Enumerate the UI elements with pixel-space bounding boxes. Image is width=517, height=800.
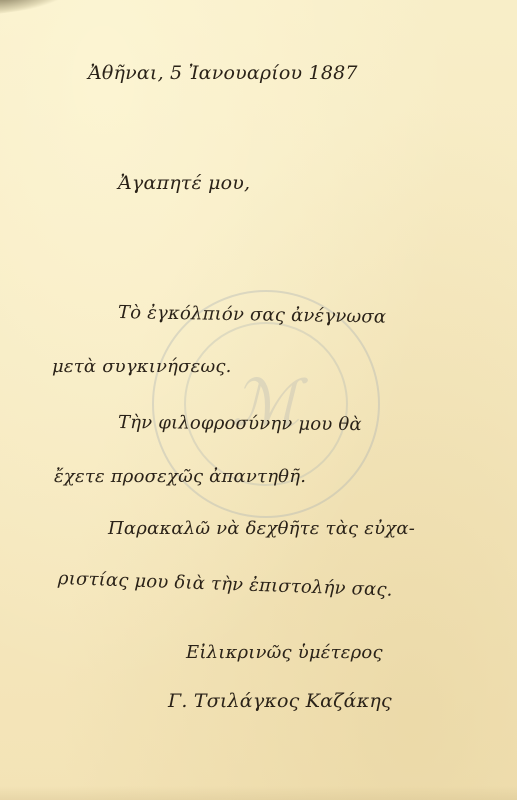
letter-body-line: ἔχετε προσεχῶς ἀπαντηθῆ.	[54, 466, 306, 487]
letter-body-line: Παρακαλῶ νὰ δεχθῆτε τὰς εὐχα-	[108, 518, 415, 539]
letter-place-date: Ἀθῆναι, 5 Ἰανουαρίου 1887	[88, 62, 358, 84]
paper-bottom-edge	[0, 786, 517, 800]
letter-salutation: Ἀγαπητέ μου,	[118, 172, 250, 194]
letter-body-line: Τὴν φιλοφροσύνην μου θὰ	[118, 412, 362, 435]
letter-closing: Εἰλικρινῶς ὑμέτερος	[186, 642, 383, 663]
letter-signature: Γ. Τσιλάγκος Καζάκης	[168, 690, 392, 712]
letter-body-line: μετὰ συγκινήσεως.	[52, 356, 232, 377]
